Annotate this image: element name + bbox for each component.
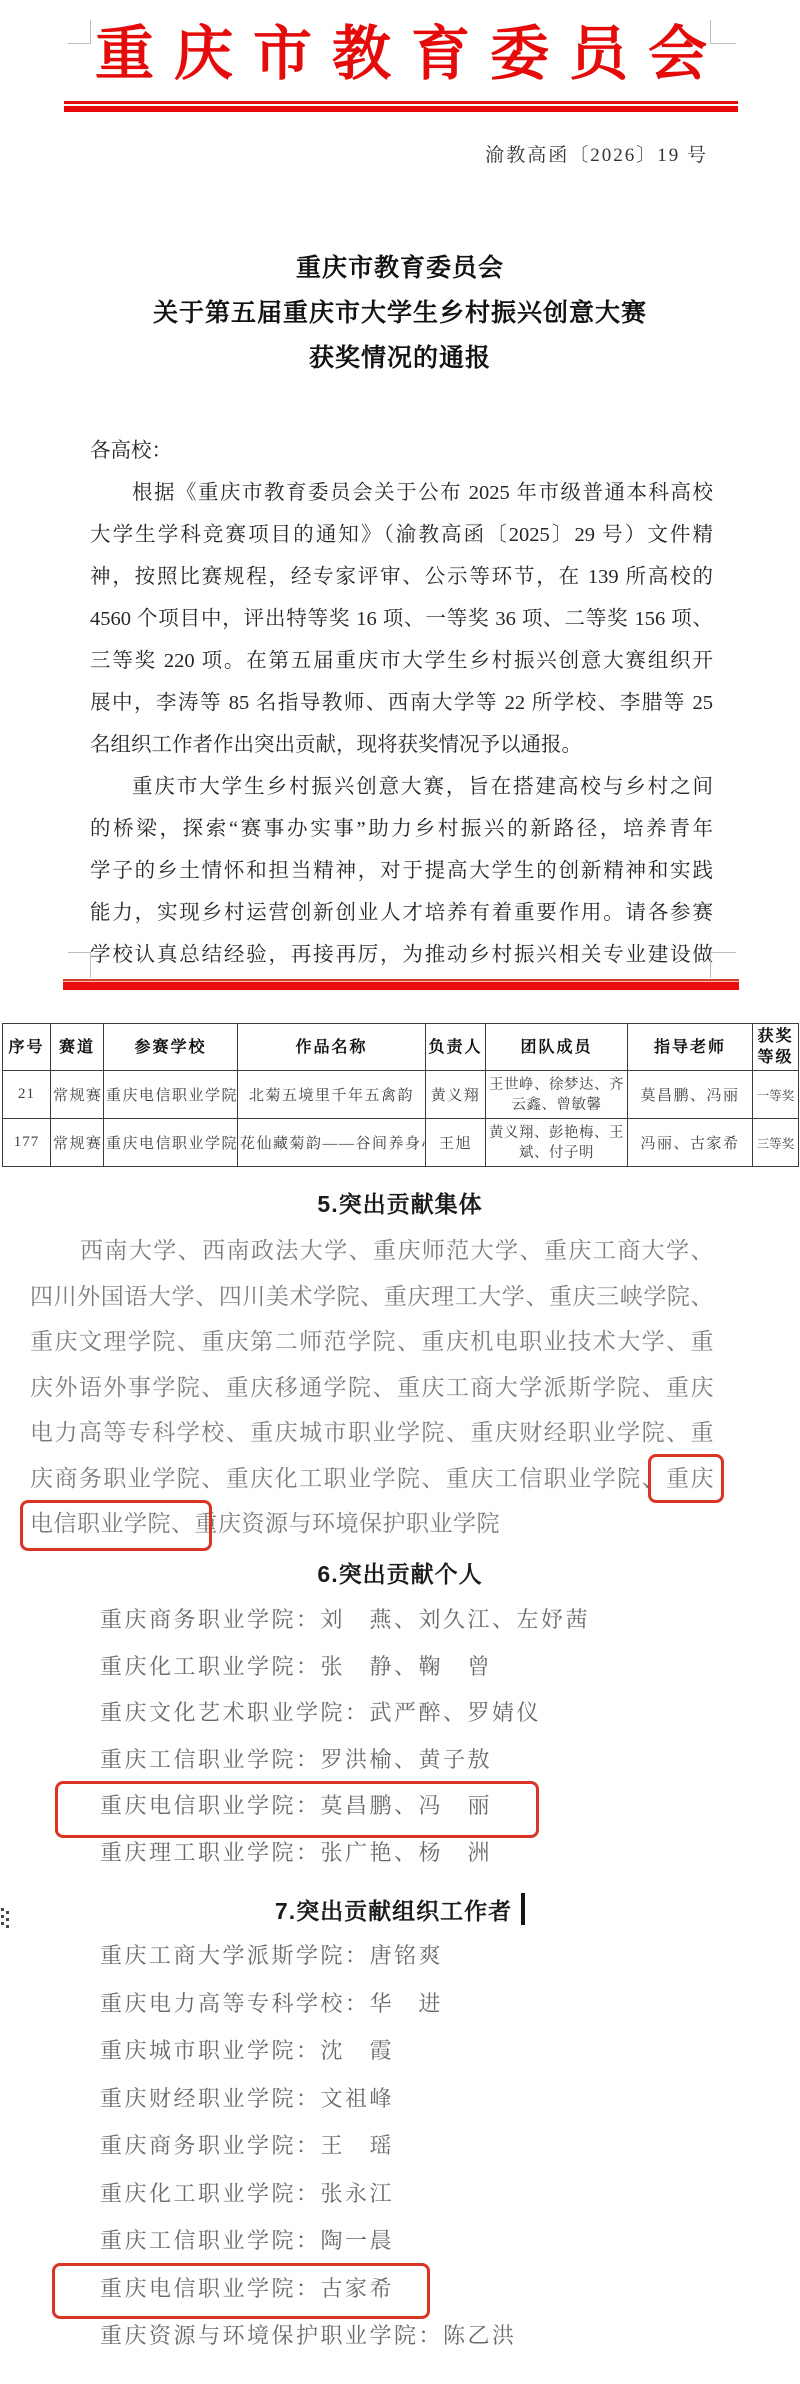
cell-school: 重庆电信职业学院 xyxy=(104,1119,238,1167)
col-header-school: 参赛学校 xyxy=(104,1024,238,1071)
highlight-box-section6-telecom xyxy=(55,1781,539,1838)
paragraph2-line: 重庆市大学生乡村振兴创意大赛，旨在搭建高校与乡村之间 xyxy=(90,766,713,808)
paragraph1-line: 名组织工作者作出突出贡献，现将获奖情况予以通报。 xyxy=(90,724,713,766)
section5-heading: 5.突出贡献集体 xyxy=(0,1186,800,1219)
section7-item: 重庆资源与环境保护职业学院：陈乙洪 xyxy=(100,2312,517,2360)
crop-mark-top-left xyxy=(68,20,91,44)
section6-item: 重庆文化艺术职业学院：武严醉、罗婧仪 xyxy=(100,1690,590,1737)
section6-item: 重庆工信职业学院：罗洪榆、黄子敖 xyxy=(100,1737,590,1784)
paragraph1-line: 4560 个项目中，评出特等奖 16 项、一等奖 36 项、二等奖 156 项、 xyxy=(90,598,713,640)
agency-masthead: 重庆市教育委员会 xyxy=(95,14,707,94)
crop-mark-top-right xyxy=(710,20,736,44)
text-cursor xyxy=(521,1893,525,1925)
col-header-advisors: 指导老师 xyxy=(628,1024,753,1071)
paragraph2-line: 学子的乡土情怀和担当精神，对于提高大学生的创新精神和实践 xyxy=(90,850,713,892)
cell-members: 王世峥、徐梦达、齐云鑫、曾敏馨 xyxy=(486,1071,628,1119)
salutation: 各高校： xyxy=(90,430,713,472)
title-line-2: 关于第五届重庆市大学生乡村振兴创意大赛 xyxy=(0,291,800,336)
masthead-rule xyxy=(64,101,738,112)
document-page: 重庆市教育委员会 渝教高函〔2026〕19 号 重庆市教育委员会 关于第五届重庆… xyxy=(0,0,800,2384)
table-header-row: 序号 赛道 参赛学校 作品名称 负责人 团队成员 指导老师 获奖等级 xyxy=(3,1024,799,1071)
cell-track: 常规赛 xyxy=(51,1071,104,1119)
document-title: 重庆市教育委员会 关于第五届重庆市大学生乡村振兴创意大赛 获奖情况的通报 xyxy=(0,246,800,381)
section7-item: 重庆财经职业学院：文祖峰 xyxy=(100,2075,517,2123)
section7-heading-text: 7.突出贡献组织工作者 xyxy=(275,1898,512,1924)
cell-advisors: 莫昌鹏、冯丽 xyxy=(628,1071,753,1119)
table-row: 21 常规赛 重庆电信职业学院 北菊五境里千年五禽韵 黄义翔 王世峥、徐梦达、齐… xyxy=(3,1071,799,1119)
cell-work: 花仙藏菊韵——谷间养身心 xyxy=(238,1119,426,1167)
col-header-award: 获奖等级 xyxy=(753,1024,799,1071)
cell-work: 北菊五境里千年五禽韵 xyxy=(238,1071,426,1119)
section7-item: 重庆商务职业学院：王 瑶 xyxy=(100,2122,517,2170)
section5-line: 电力高等专科学校、重庆城市职业学院、重庆财经职业学院、重 xyxy=(30,1410,714,1456)
cell-school: 重庆电信职业学院 xyxy=(104,1071,238,1119)
col-header-work: 作品名称 xyxy=(238,1024,426,1071)
highlight-box-section7-telecom xyxy=(52,2263,430,2319)
section6-item: 重庆化工职业学院：张 静、鞠 曾 xyxy=(100,1644,590,1691)
cell-leader: 黄义翔 xyxy=(426,1071,486,1119)
section7-item: 重庆城市职业学院：沈 霞 xyxy=(100,2027,517,2075)
body-text: 各高校： 根据《重庆市教育委员会关于公布 2025 年市级普通本科高校 大学生学… xyxy=(90,430,713,976)
title-line-3: 获奖情况的通报 xyxy=(0,336,800,381)
highlight-box-section5-line7 xyxy=(20,1500,212,1551)
awards-table: 序号 赛道 参赛学校 作品名称 负责人 团队成员 指导老师 获奖等级 21 常规… xyxy=(2,1023,799,1167)
document-number: 渝教高函〔2026〕19 号 xyxy=(0,140,708,167)
section7-item: 重庆化工职业学院：张永江 xyxy=(100,2170,517,2218)
highlight-box-section5-line6 xyxy=(648,1454,724,1503)
section5-line: 四川外国语大学、四川美术学院、重庆理工大学、重庆三峡学院、 xyxy=(30,1274,714,1320)
section6-item: 重庆商务职业学院：刘 燕、刘久江、左妤茜 xyxy=(100,1597,590,1644)
paragraph1-line: 神，按照比赛规程，经专家评审、公示等环节，在 139 所高校的 xyxy=(90,556,713,598)
col-header-track: 赛道 xyxy=(51,1024,104,1071)
section7-heading: 7.突出贡献组织工作者 xyxy=(0,1893,800,1926)
edge-artifact-dots xyxy=(1,1908,4,1911)
cell-leader: 王旭 xyxy=(426,1119,486,1167)
cell-track: 常规赛 xyxy=(51,1119,104,1167)
cell-award: 一等奖 xyxy=(753,1071,799,1119)
page-separator-bar xyxy=(63,979,739,990)
section5-line: 庆商务职业学院、重庆化工职业学院、重庆工信职业学院、重庆 xyxy=(30,1456,714,1502)
section5-line: 西南大学、西南政法大学、重庆师范大学、重庆工商大学、 xyxy=(30,1228,714,1274)
crop-mark-bottom-left xyxy=(68,952,91,978)
paragraph2-line: 能力，实现乡村运营创新创业人才培养有着重要作用。请各参赛 xyxy=(90,892,713,934)
paragraph1-line: 三等奖 220 项。在第五届重庆市大学生乡村振兴创意大赛组织开 xyxy=(90,640,713,682)
paragraph2-line: 的桥梁，探索“赛事办实事”助力乡村振兴的新路径，培养青年 xyxy=(90,808,713,850)
section7-item: 重庆工信职业学院：陶一晨 xyxy=(100,2217,517,2265)
crop-mark-bottom-right xyxy=(710,952,736,978)
col-header-leader: 负责人 xyxy=(426,1024,486,1071)
section6-heading: 6.突出贡献个人 xyxy=(0,1556,800,1589)
col-header-members: 团队成员 xyxy=(486,1024,628,1071)
cell-award: 三等奖 xyxy=(753,1119,799,1167)
title-line-1: 重庆市教育委员会 xyxy=(0,246,800,291)
cell-no: 21 xyxy=(3,1071,51,1119)
section7-item: 重庆工商大学派斯学院：唐铭爽 xyxy=(100,1932,517,1980)
col-header-no: 序号 xyxy=(3,1024,51,1071)
paragraph1-line: 根据《重庆市教育委员会关于公布 2025 年市级普通本科高校 xyxy=(90,472,713,514)
section5-line: 重庆文理学院、重庆第二师范学院、重庆机电职业技术大学、重 xyxy=(30,1319,714,1365)
cell-members: 黄义翔、彭艳梅、王斌、付子明 xyxy=(486,1119,628,1167)
awards-table-container: 序号 赛道 参赛学校 作品名称 负责人 团队成员 指导老师 获奖等级 21 常规… xyxy=(2,1023,798,1167)
paragraph1-line: 大学生学科竞赛项目的通知》（渝教高函〔2025〕29 号）文件精 xyxy=(90,514,713,556)
section5-line: 庆外语外事学院、重庆移通学院、重庆工商大学派斯学院、重庆 xyxy=(30,1365,714,1411)
cell-advisors: 冯丽、古家希 xyxy=(628,1119,753,1167)
cell-no: 177 xyxy=(3,1119,51,1167)
section7-item: 重庆电力高等专科学校：华 进 xyxy=(100,1980,517,2028)
paragraph2-line: 学校认真总结经验，再接再厉，为推动乡村振兴相关专业建设做 xyxy=(90,934,713,976)
section5-list: 西南大学、西南政法大学、重庆师范大学、重庆工商大学、 四川外国语大学、四川美术学… xyxy=(30,1228,714,1547)
paragraph1-line: 展中，李涛等 85 名指导教师、西南大学等 22 所学校、李腊等 25 xyxy=(90,682,713,724)
table-row: 177 常规赛 重庆电信职业学院 花仙藏菊韵——谷间养身心 王旭 黄义翔、彭艳梅… xyxy=(3,1119,799,1167)
